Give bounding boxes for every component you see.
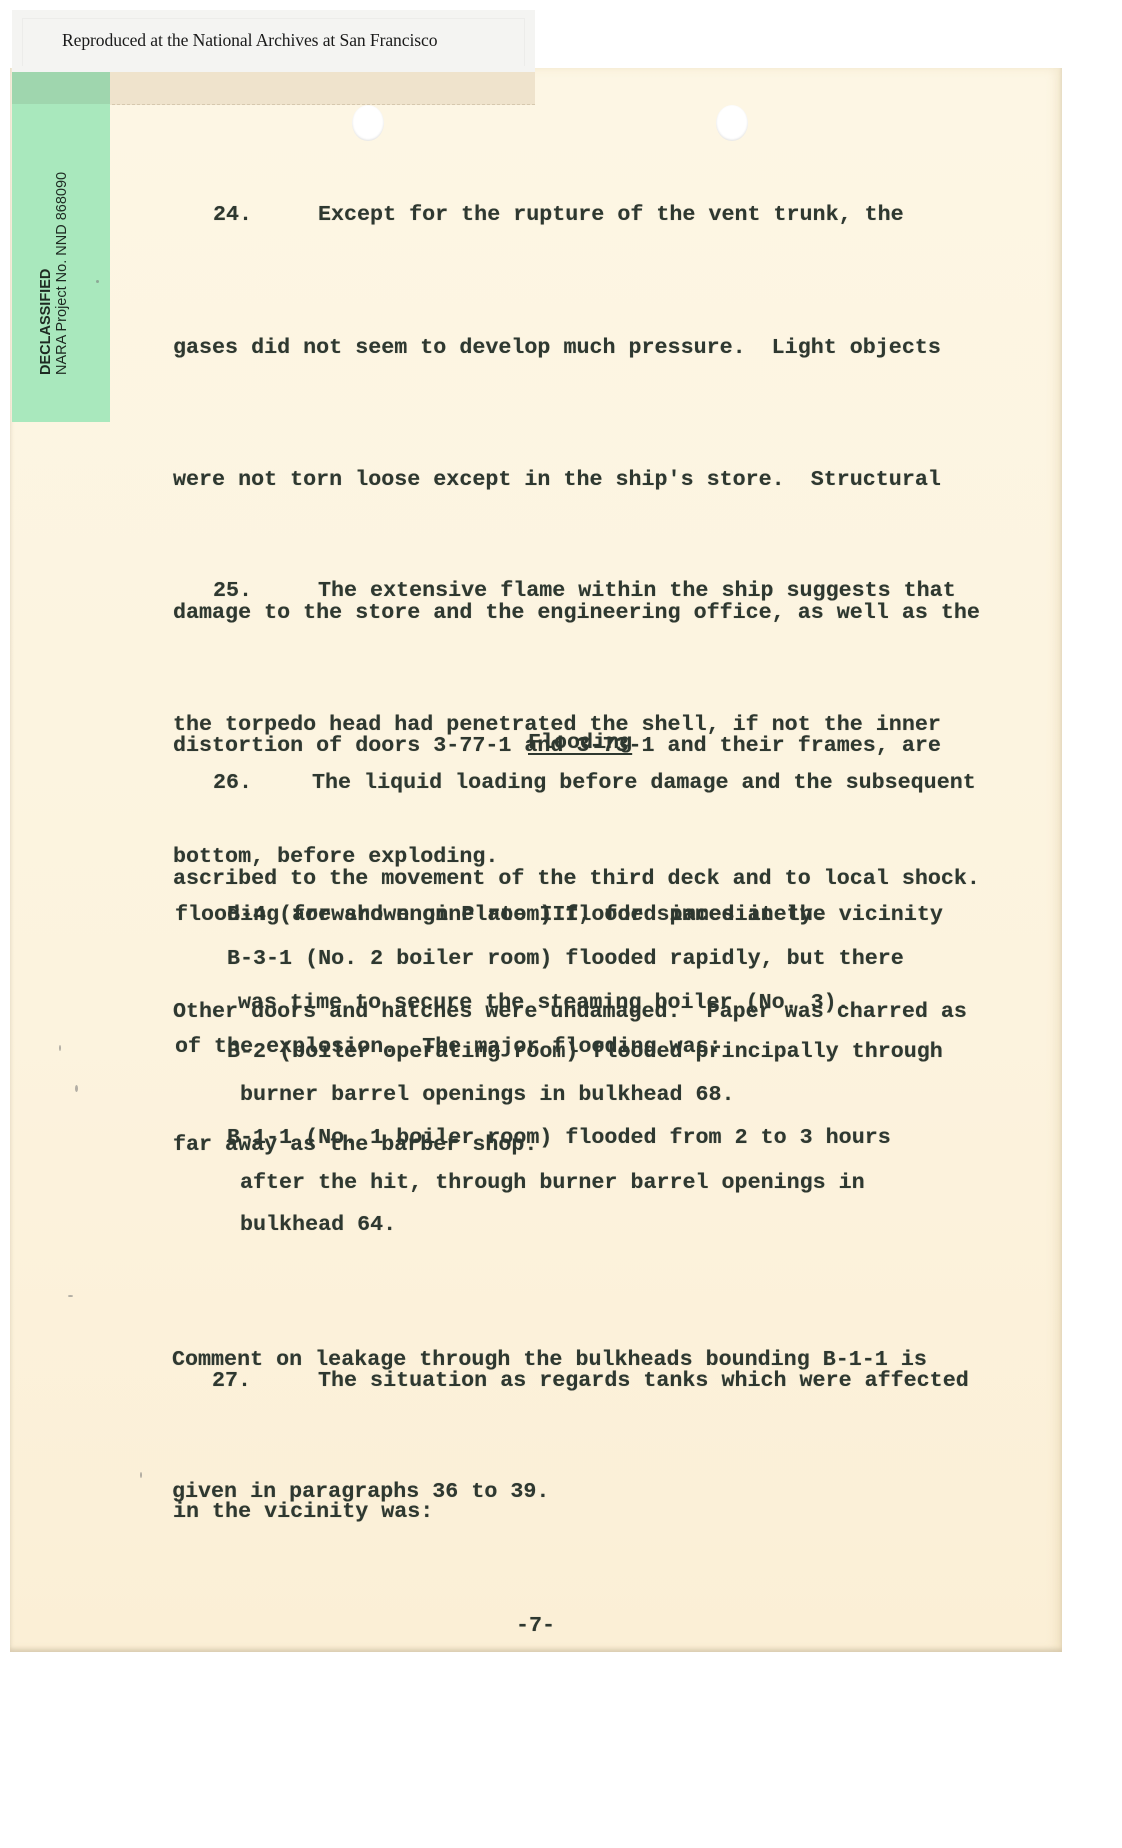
paragraph-24-first-line: Except for the rupture of the vent trunk… <box>318 193 904 237</box>
declassification-tab-overlap <box>12 72 110 104</box>
margin-mark <box>96 280 99 283</box>
text-line: in the vicinity was: <box>173 1490 433 1534</box>
margin-mark <box>68 1295 73 1297</box>
flooding-list-item-b2-cont: burner barrel openings in bulkhead 68. <box>240 1073 735 1117</box>
paragraph-26-number: 26. <box>213 761 252 805</box>
nara-project-text: NARA Project No. NND 868090 <box>54 172 70 375</box>
margin-mark <box>140 1472 142 1478</box>
text-line: gases did not seem to develop much press… <box>173 326 980 370</box>
margin-mark <box>59 1045 61 1051</box>
punch-hole-right <box>716 105 748 141</box>
flooding-list-item-b11: B-1-1 (No. 1 boiler room) flooded from 2… <box>227 1116 891 1160</box>
paragraph-26-first-line: The liquid loading before damage and the… <box>312 761 976 805</box>
flooding-list-item-b4: B-4 (forward engine room) flooded immedi… <box>227 893 826 937</box>
punch-hole-left <box>352 105 384 141</box>
paragraph-25-first-line: The extensive flame within the ship sugg… <box>318 569 956 613</box>
text-line: were not torn loose except in the ship's… <box>173 458 980 502</box>
paragraph-25-number: 25. <box>213 569 252 613</box>
declassified-text: DECLASSIFIED <box>38 172 54 375</box>
margin-mark <box>75 1085 78 1092</box>
flooding-list-item-b11-cont2: bulkhead 64. <box>240 1203 396 1247</box>
paragraph-27-first-line: The situation as regards tanks which wer… <box>318 1359 969 1403</box>
flooding-list-item-b31-cont: was time to secure the steaming boiler (… <box>238 981 850 1025</box>
paragraph-27-body: in the vicinity was: <box>173 1401 433 1578</box>
flooding-list-item-b31: B-3-1 (No. 2 boiler room) flooded rapidl… <box>227 937 904 981</box>
page-number: -7- <box>516 1604 555 1648</box>
flooding-list-item-b2: B-2 (boiler operating room) flooded prin… <box>227 1030 943 1074</box>
section-heading-flooding: Flooding <box>528 721 632 765</box>
declassification-label: DECLASSIFIED NARA Project No. NND 868090 <box>38 172 70 375</box>
paragraph-24-number: 24. <box>213 193 252 237</box>
archive-banner-text: Reproduced at the National Archives at S… <box>62 30 437 51</box>
flooding-list-item-b11-cont1: after the hit, through burner barrel ope… <box>240 1161 865 1205</box>
paragraph-27-number: 27. <box>212 1359 251 1403</box>
